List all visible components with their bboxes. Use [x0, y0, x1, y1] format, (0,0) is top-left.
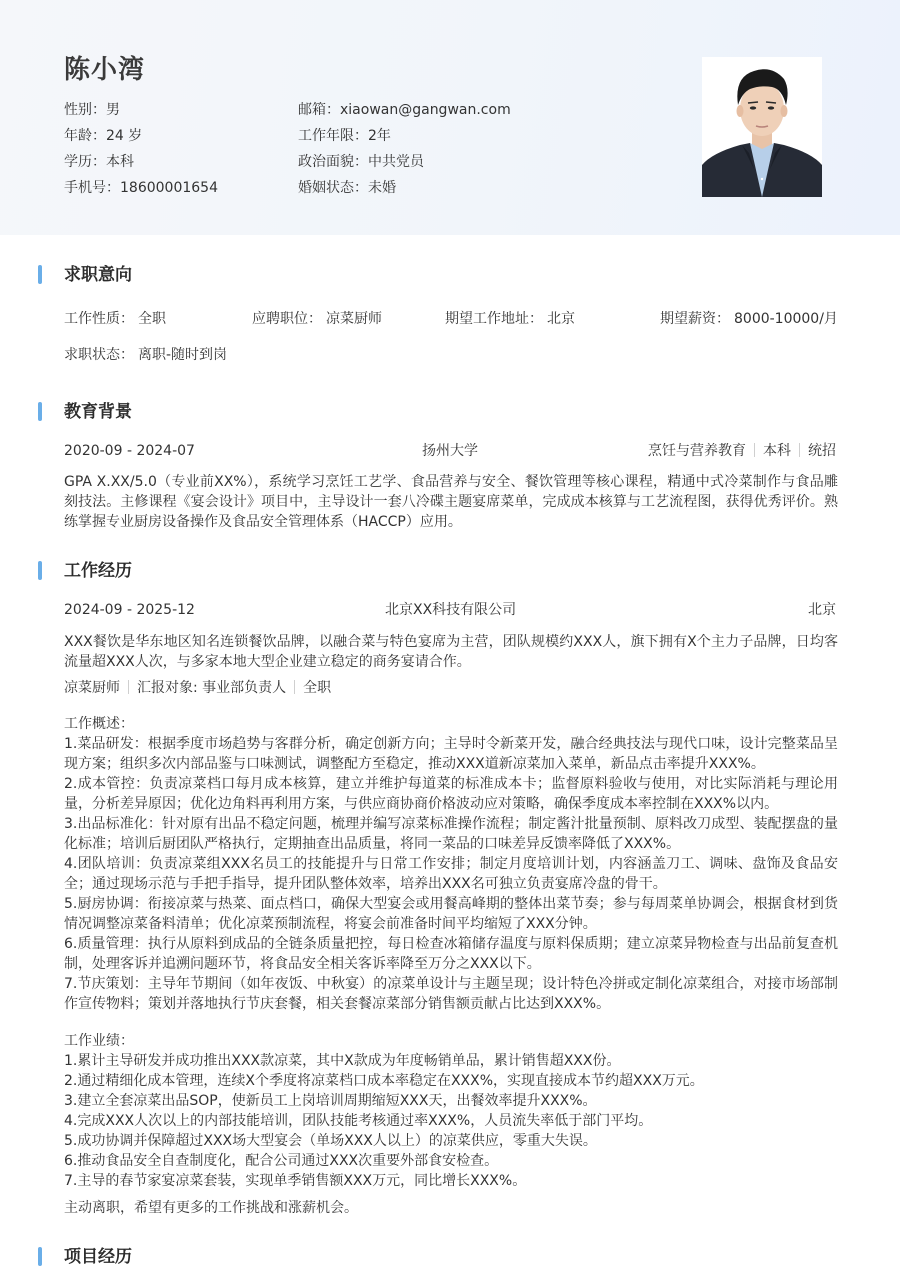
political-status-field: 政治面貌：中共党员	[298, 152, 424, 172]
job-type: 全职	[303, 680, 331, 696]
profile-photo	[702, 57, 822, 197]
salary-value: 8000-10000/月	[734, 311, 838, 327]
school-name: 扬州大学	[422, 441, 478, 461]
info-row: 年龄：24 岁 工作年限：2年	[64, 126, 624, 152]
overview-item: 4.团队培训：负责凉菜组XXX名员工的技能提升与日常工作安排；制定月度培训计划，…	[64, 854, 838, 894]
email-value: xiaowan@gangwan.com	[340, 102, 511, 118]
section-heading: 工作经历	[64, 560, 132, 582]
job-type-value: 全职	[138, 311, 166, 327]
job-status-value: 离职-随时到岗	[138, 347, 227, 363]
job-type-field: 工作性质：全职	[64, 309, 166, 329]
job-status-label: 求职状态：	[64, 347, 134, 363]
political-status-label: 政治面貌：	[298, 154, 368, 170]
phone-value: 18600001654	[120, 180, 218, 196]
company-intro: XXX餐饮是华东地区知名连锁餐饮品牌，以融合菜与特色宴席为主营，团队规模约XXX…	[64, 632, 838, 672]
overview-item: 2.成本管控：负责凉菜档口每月成本核算，建立并维护每道菜的标准成本卡；监督原料验…	[64, 774, 838, 814]
section-heading: 教育背景	[64, 401, 132, 423]
education-details: 烹饪与营养教育本科统招	[648, 441, 836, 461]
major: 烹饪与营养教育	[648, 443, 746, 459]
education-period: 2020-09 - 2024-07	[64, 441, 195, 461]
location-label: 期望工作地址：	[445, 311, 543, 327]
candidate-name: 陈小湾	[64, 53, 145, 87]
achievement-item: 5.成功协调并保障超过XXX场大型宴会（单场XXX人以上）的凉菜供应，零重大失误…	[64, 1131, 838, 1151]
salary-label: 期望薪资：	[660, 311, 730, 327]
section-accent-bar	[38, 561, 42, 580]
role-title: 凉菜厨师	[64, 680, 120, 696]
email-label: 邮箱：	[298, 102, 340, 118]
age-value: 24 岁	[106, 128, 142, 144]
position-value: 凉菜厨师	[326, 311, 382, 327]
age-field: 年龄：24 岁	[64, 126, 142, 146]
work-period: 2024-09 - 2025-12	[64, 600, 195, 620]
divider	[128, 680, 129, 694]
salary-field: 期望薪资：8000-10000/月	[660, 309, 838, 329]
education-level-field: 学历：本科	[64, 152, 134, 172]
location-value: 北京	[547, 311, 575, 327]
section-accent-bar	[38, 402, 42, 421]
overview-item: 7.节庆策划：主导年节期间（如年夜饭、中秋宴）的凉菜单设计与主题呈现；设计特色冷…	[64, 974, 838, 1014]
work-years-field: 工作年限：2年	[298, 126, 391, 146]
achievements-heading: 工作业绩：	[64, 1031, 838, 1051]
section-accent-bar	[38, 1247, 42, 1266]
overview-item: 3.出品标准化：针对原有出品不稳定问题，梳理并编写凉菜标准操作流程；制定酱汁批量…	[64, 814, 838, 854]
section-heading: 项目经历	[64, 1246, 132, 1268]
enrollment-type: 统招	[808, 443, 836, 459]
section-job-intent: 求职意向	[38, 264, 438, 286]
position-field: 应聘职位：凉菜厨师	[252, 309, 382, 329]
overview-item: 5.厨房协调：衔接凉菜与热菜、面点档口，确保大型宴会或用餐高峰期的整体出菜节奏；…	[64, 894, 838, 934]
divider	[294, 680, 295, 694]
position-label: 应聘职位：	[252, 311, 322, 327]
marital-status-label: 婚姻状态：	[298, 180, 368, 196]
basic-info: 性别：男 邮箱：xiaowan@gangwan.com 年龄：24 岁 工作年限…	[64, 100, 624, 204]
location-field: 期望工作地址：北京	[445, 309, 575, 329]
work-overview: 工作概述： 1.菜品研发：根据季度市场趋势与客群分析，确定创新方向；主导时令新菜…	[64, 714, 838, 1014]
person-portrait-icon	[702, 57, 822, 197]
work-city: 北京	[808, 600, 836, 620]
overview-heading: 工作概述：	[64, 714, 838, 734]
phone-label: 手机号：	[64, 180, 120, 196]
achievement-item: 1.累计主导研发并成功推出XXX款凉菜，其中X款成为年度畅销单品，累计销售超XX…	[64, 1051, 838, 1071]
divider	[754, 443, 755, 457]
education-description: GPA X.XX/5.0（专业前XX%），系统学习烹饪工艺学、食品营养与安全、餐…	[64, 472, 838, 532]
company-name: 北京XX科技有限公司	[385, 600, 516, 620]
education-level-value: 本科	[106, 154, 134, 170]
achievement-item: 6.推动食品安全自查制度化，配合公司通过XXX次重要外部食安检查。	[64, 1151, 838, 1171]
gender-label: 性别：	[64, 102, 106, 118]
political-status-value: 中共党员	[368, 154, 424, 170]
phone-field: 手机号：18600001654	[64, 178, 218, 198]
job-status-field: 求职状态：离职-随时到岗	[64, 345, 227, 365]
achievement-item: 4.完成XXX人次以上的内部技能培训，团队技能考核通过率XXX%，人员流失率低于…	[64, 1111, 838, 1131]
email-field: 邮箱：xiaowan@gangwan.com	[298, 100, 511, 120]
section-accent-bar	[38, 265, 42, 284]
info-row: 学历：本科 政治面貌：中共党员	[64, 152, 624, 178]
divider	[799, 443, 800, 457]
achievement-item: 3.建立全套凉菜出品SOP，使新员工上岗培训周期缩短XXX天，出餐效率提升XXX…	[64, 1091, 838, 1111]
leave-reason: 主动离职，希望有更多的工作挑战和涨薪机会。	[64, 1198, 358, 1218]
work-achievements: 工作业绩： 1.累计主导研发并成功推出XXX款凉菜，其中X款成为年度畅销单品，累…	[64, 1031, 838, 1191]
section-projects: 项目经历	[38, 1246, 438, 1268]
gender-field: 性别：男	[64, 100, 120, 120]
overview-item: 6.质量管理：执行从原料到成品的全链条质量把控，每日检查冰箱储存温度与原料保质期…	[64, 934, 838, 974]
report-to: 汇报对象: 事业部负责人	[137, 680, 286, 696]
profile-header: 陈小湾 性别：男 邮箱：xiaowan@gangwan.com 年龄：24 岁 …	[0, 0, 900, 235]
education-level-label: 学历：	[64, 154, 106, 170]
info-row: 性别：男 邮箱：xiaowan@gangwan.com	[64, 100, 624, 126]
overview-item: 1.菜品研发：根据季度市场趋势与客群分析，确定创新方向；主导时令新菜开发，融合经…	[64, 734, 838, 774]
gender-value: 男	[106, 102, 120, 118]
section-work-experience: 工作经历	[38, 560, 438, 582]
section-education: 教育背景	[38, 401, 438, 423]
section-heading: 求职意向	[64, 264, 132, 286]
job-type-label: 工作性质：	[64, 311, 134, 327]
work-years-value: 2年	[368, 128, 391, 144]
work-years-label: 工作年限：	[298, 128, 368, 144]
info-row: 手机号：18600001654 婚姻状态：未婚	[64, 178, 624, 204]
marital-status-value: 未婚	[368, 180, 396, 196]
achievement-item: 7.主导的春节家宴凉菜套装，实现单季销售额XXX万元，同比增长XXX%。	[64, 1171, 838, 1191]
degree: 本科	[763, 443, 791, 459]
age-label: 年龄：	[64, 128, 106, 144]
marital-status-field: 婚姻状态：未婚	[298, 178, 396, 198]
role-tags: 凉菜厨师汇报对象: 事业部负责人全职	[64, 678, 331, 698]
achievement-item: 2.通过精细化成本管理，连续X个季度将凉菜档口成本率稳定在XXX%，实现直接成本…	[64, 1071, 838, 1091]
